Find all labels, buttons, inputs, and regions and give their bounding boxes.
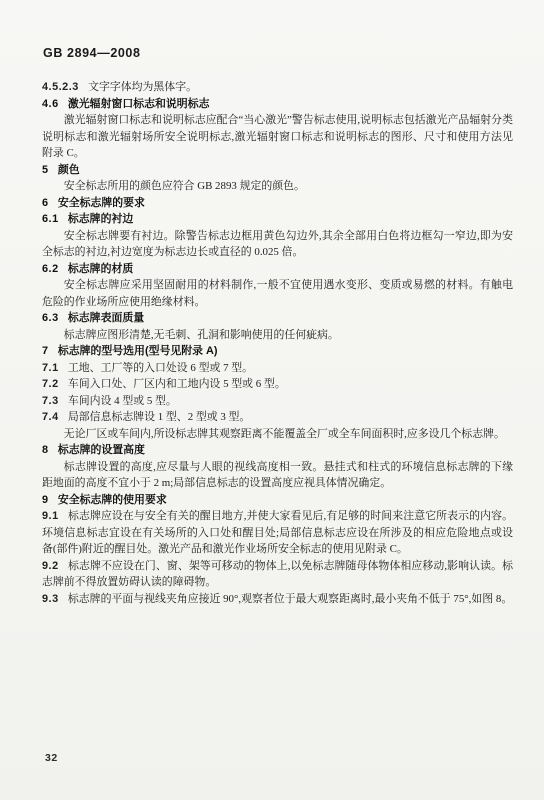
clause-7-4: 7.4局部信息标志牌设 1 型、2 型或 3 型。 xyxy=(42,409,513,426)
heading-number: 9 xyxy=(42,494,49,506)
clause-number: 7.4 xyxy=(42,411,59,423)
clause-text: 标志牌的平面与视线夹角应接近 90°,观察者位于最大观察距离时,最小夹角不低于 … xyxy=(68,593,512,605)
clause-7-3: 7.3车间内设 4 型或 5 型。 xyxy=(42,393,513,410)
paragraph-4-6: 激光辐射窗口标志和说明标志应配合“当心激光”警告标志使用,说明标志包括激光产品辐… xyxy=(42,112,513,162)
heading-number: 7 xyxy=(42,345,49,357)
clause-text: 文字字体均为黑体字。 xyxy=(88,81,197,93)
clause-number: 9.2 xyxy=(42,560,59,572)
heading-4-6: 4.6激光辐射窗口标志和说明标志 xyxy=(42,96,513,113)
clause-4-5-2-3: 4.5.2.3文字字体均为黑体字。 xyxy=(42,79,513,96)
heading-title: 标志牌的设置高度 xyxy=(58,444,145,456)
heading-title: 标志牌表面质量 xyxy=(68,312,144,324)
clause-number: 7.3 xyxy=(42,395,59,407)
heading-title: 标志牌的型号选用(型号见附录 A) xyxy=(58,345,218,357)
clause-text: 车间内设 4 型或 5 型。 xyxy=(68,395,177,407)
clause-7-1: 7.1工地、工厂等的入口处设 6 型或 7 型。 xyxy=(42,360,513,377)
heading-title: 标志牌的材质 xyxy=(68,263,133,275)
clause-7-2: 7.2车间入口处、厂区内和工地内设 5 型或 6 型。 xyxy=(42,376,513,393)
clause-number: 7.2 xyxy=(42,378,59,390)
heading-7: 7标志牌的型号选用(型号见附录 A) xyxy=(42,343,513,360)
paragraph-7-note: 无论厂区或车间内,所设标志牌其观察距离不能覆盖全厂或全车间面积时,应多设几个标志… xyxy=(42,426,513,443)
paragraph-6-1: 安全标志牌要有衬边。除警告标志边框用黄色勾边外,其余全部用白色将边框勾一窄边,即… xyxy=(42,228,513,261)
doc-code-header: GB 2894—2008 xyxy=(43,46,141,60)
clause-text: 标志牌应设在与安全有关的醒目地方,并使大家看见后,有足够的时间来注意它所表示的内… xyxy=(42,510,513,555)
heading-number: 6.3 xyxy=(42,312,59,324)
clause-9-3: 9.3标志牌的平面与视线夹角应接近 90°,观察者位于最大观察距离时,最小夹角不… xyxy=(42,591,513,608)
heading-number: 6 xyxy=(42,197,49,209)
heading-number: 6.2 xyxy=(42,263,59,275)
heading-6: 6安全标志牌的要求 xyxy=(42,195,513,212)
heading-number: 8 xyxy=(42,444,49,456)
heading-number: 5 xyxy=(42,164,49,176)
paragraph-8: 标志牌设置的高度,应尽量与人眼的视线高度相一致。悬挂式和柱式的环境信息标志牌的下… xyxy=(42,459,513,492)
heading-title: 颜色 xyxy=(58,164,80,176)
heading-number: 6.1 xyxy=(42,213,59,225)
clause-text: 局部信息标志牌设 1 型、2 型或 3 型。 xyxy=(68,411,250,423)
heading-title: 激光辐射窗口标志和说明标志 xyxy=(68,98,210,110)
heading-6-1: 6.1标志牌的衬边 xyxy=(42,211,513,228)
clause-number: 4.5.2.3 xyxy=(42,81,79,93)
heading-title: 安全标志牌的要求 xyxy=(58,197,145,209)
paragraph-6-2: 安全标志牌应采用坚固耐用的材料制作,一般不宜使用遇水变形、变质或易燃的材料。有触… xyxy=(42,277,513,310)
paragraph-5: 安全标志所用的颜色应符合 GB 2893 规定的颜色。 xyxy=(42,178,513,195)
heading-6-3: 6.3标志牌表面质量 xyxy=(42,310,513,327)
page-number: 32 xyxy=(45,752,58,764)
clause-9-1: 9.1标志牌应设在与安全有关的醒目地方,并使大家看见后,有足够的时间来注意它所表… xyxy=(42,508,513,558)
clause-text: 标志牌不应设在门、窗、架等可移动的物体上,以免标志牌随母体物体相应移动,影响认读… xyxy=(42,560,513,589)
heading-title: 安全标志牌的使用要求 xyxy=(58,494,167,506)
clause-number: 9.1 xyxy=(42,510,59,522)
heading-8: 8标志牌的设置高度 xyxy=(42,442,513,459)
clause-number: 7.1 xyxy=(42,362,59,374)
clause-number: 9.3 xyxy=(42,593,59,605)
clause-9-2: 9.2标志牌不应设在门、窗、架等可移动的物体上,以免标志牌随母体物体相应移动,影… xyxy=(42,558,513,591)
heading-6-2: 6.2标志牌的材质 xyxy=(42,261,513,278)
heading-number: 4.6 xyxy=(42,98,59,110)
heading-9: 9安全标志牌的使用要求 xyxy=(42,492,513,509)
heading-title: 标志牌的衬边 xyxy=(68,213,133,225)
document-body: 4.5.2.3文字字体均为黑体字。 4.6激光辐射窗口标志和说明标志 激光辐射窗… xyxy=(42,79,513,607)
paragraph-6-3: 标志牌应图形清楚,无毛刺、孔洞和影响使用的任何疵病。 xyxy=(42,327,513,344)
heading-5: 5颜色 xyxy=(42,162,513,179)
clause-text: 车间入口处、厂区内和工地内设 5 型或 6 型。 xyxy=(68,378,286,390)
document-page: GB 2894—2008 4.5.2.3文字字体均为黑体字。 4.6激光辐射窗口… xyxy=(0,0,544,800)
clause-text: 工地、工厂等的入口处设 6 型或 7 型。 xyxy=(68,362,253,374)
